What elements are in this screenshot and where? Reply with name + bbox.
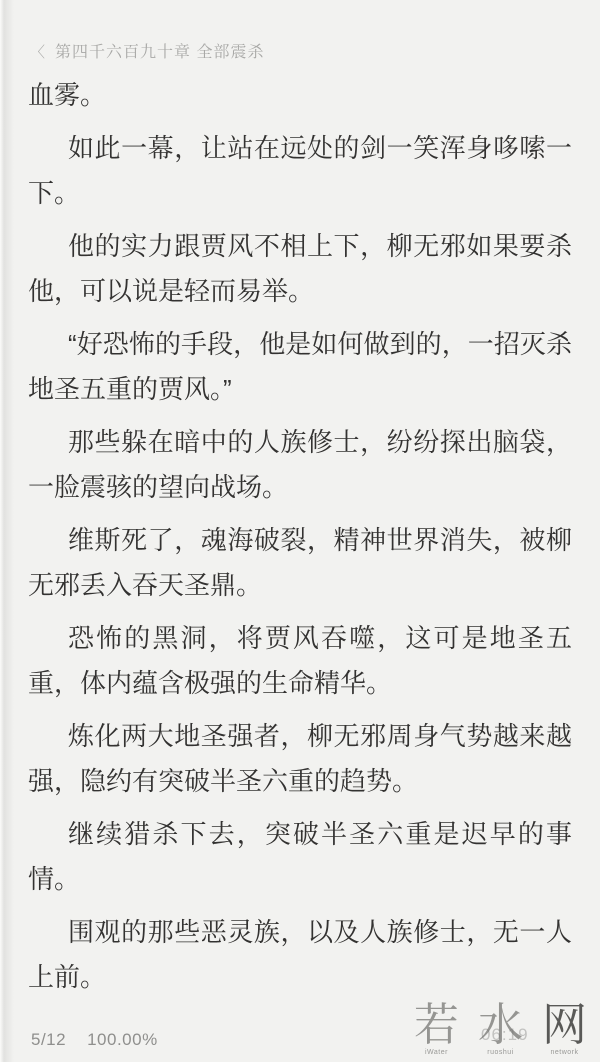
paragraph: 那些躲在暗中的人族修士，纷纷探出脑袋，一脸震骇的望向战场。 bbox=[28, 420, 572, 510]
chapter-body-text: 血雾。 如此一幕，让站在远处的剑一笑浑身哆嗦一下。 他的实力跟贾风不相上下，柳无… bbox=[28, 73, 572, 1008]
watermark-char: 网 bbox=[542, 1002, 587, 1047]
reader-footer: 5/12 100.00% bbox=[31, 1030, 158, 1050]
watermark-char-block: 若 iWater bbox=[414, 1002, 459, 1057]
watermark-char-block: 水 ruoshui bbox=[478, 1002, 523, 1057]
paragraph: 恐怖的黑洞，将贾风吞噬，这可是地圣五重，体内蕴含极强的生命精华。 bbox=[28, 616, 572, 706]
back-chevron-icon[interactable]: 〈 bbox=[30, 42, 46, 64]
reader-page[interactable]: 〈 第四千六百九十章 全部震杀 血雾。 如此一幕，让站在远处的剑一笑浑身哆嗦一下… bbox=[0, 0, 600, 1062]
watermark-char-block: 网 network bbox=[542, 1002, 587, 1057]
paragraph: “好恐怖的手段，他是如何做到的，一招灭杀地圣五重的贾风。” bbox=[28, 322, 572, 412]
progress-percent: 100.00% bbox=[87, 1030, 158, 1050]
paragraph: 继续猎杀下去，突破半圣六重是迟早的事情。 bbox=[28, 812, 572, 902]
watermark-char: 若 bbox=[414, 1002, 459, 1047]
paragraph: 围观的那些恶灵族，以及人族修士，无一人上前。 bbox=[28, 910, 572, 1000]
chapter-header: 〈 第四千六百九十章 全部震杀 bbox=[30, 42, 570, 64]
paragraph: 血雾。 bbox=[28, 73, 572, 118]
paragraph: 维斯死了，魂海破裂，精神世界消失，被柳无邪丢入吞天圣鼎。 bbox=[28, 518, 572, 608]
watermark-caption: network bbox=[550, 1048, 578, 1057]
chapter-title: 第四千六百九十章 全部震杀 bbox=[55, 42, 264, 64]
page-indicator: 5/12 bbox=[31, 1030, 66, 1050]
paragraph: 他的实力跟贾风不相上下，柳无邪如果要杀他，可以说是轻而易举。 bbox=[28, 224, 572, 314]
watermark-char: 水 bbox=[478, 1002, 523, 1047]
watermark-caption: iWater bbox=[425, 1048, 448, 1057]
page-edge-shadow bbox=[0, 0, 14, 1062]
watermark-caption: ruoshui bbox=[487, 1048, 513, 1057]
paragraph: 如此一幕，让站在远处的剑一笑浑身哆嗦一下。 bbox=[28, 126, 572, 216]
paragraph: 炼化两大地圣强者，柳无邪周身气势越来越强，隐约有突破半圣六重的趋势。 bbox=[28, 714, 572, 804]
site-watermark: 若 iWater 水 ruoshui 网 network bbox=[414, 1002, 587, 1057]
